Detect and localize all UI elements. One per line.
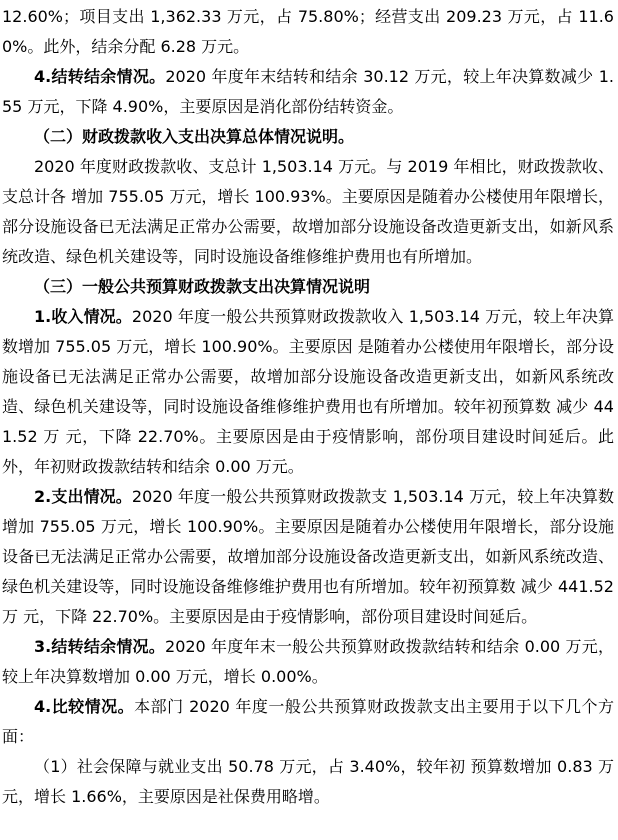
heading-text: （二）财政拨款收入支出决算总体情况说明。 [34, 127, 354, 146]
heading-text: （三）一般公共预算财政拨款支出决算情况说明 [34, 277, 370, 296]
paragraph-expenditure-situation: 2.支出情况。2020 年度一般公共预算财政拨款支 1,503.14 万元，较上… [2, 482, 614, 632]
paragraph-social-security-item: （1）社会保障与就业支出 50.78 万元，占 3.40%，较年初 预算数增加 … [2, 752, 614, 812]
paragraph-lead: 3.结转结余情况。 [34, 637, 165, 656]
paragraph-lead: 1.收入情况。 [34, 307, 132, 326]
paragraph-text: 2020 年度一般公共预算财政拨款支 1,503.14 万元，较上年决算数增加 … [2, 487, 614, 626]
paragraph-carryover-balance: 3.结转结余情况。2020 年度年末一般公共预算财政拨款结转和结余 0.00 万… [2, 632, 614, 692]
section-heading-2: （二）财政拨款收入支出决算总体情况说明。 [2, 122, 614, 152]
paragraph-text: 2020 年度一般公共预算财政拨款收入 1,503.14 万元，较上年决算数增加… [2, 307, 614, 476]
paragraph-text: 2020 年度财政拨款收、支总计 1,503.14 万元。与 2019 年相比，… [2, 157, 614, 266]
document-page: 12.60%；项目支出 1,362.33 万元，占 75.80%；经营支出 20… [0, 0, 618, 840]
paragraph-text: （1）社会保障与就业支出 50.78 万元，占 3.40%，较年初 预算数增加 … [2, 757, 614, 806]
paragraph-overflow-continuation: 12.60%；项目支出 1,362.33 万元，占 75.80%；经营支出 20… [2, 2, 614, 62]
paragraph-lead: 4.比较情况。 [34, 697, 134, 716]
paragraph-carryover-summary: 4.结转结余情况。2020 年度年末结转和结余 30.12 万元，较上年决算数减… [2, 62, 614, 122]
paragraph-text: 12.60%；项目支出 1,362.33 万元，占 75.80%；经营支出 20… [2, 7, 614, 56]
paragraph-lead: 2.支出情况。 [34, 487, 132, 506]
paragraph-income-situation: 1.收入情况。2020 年度一般公共预算财政拨款收入 1,503.14 万元，较… [2, 302, 614, 482]
section-heading-3: （三）一般公共预算财政拨款支出决算情况说明 [2, 272, 614, 302]
paragraph-fiscal-total: 2020 年度财政拨款收、支总计 1,503.14 万元。与 2019 年相比，… [2, 152, 614, 272]
paragraph-comparison: 4.比较情况。本部门 2020 年度一般公共预算财政拨款支出主要用于以下几个方面… [2, 692, 614, 752]
paragraph-lead: 4.结转结余情况。 [34, 67, 165, 86]
